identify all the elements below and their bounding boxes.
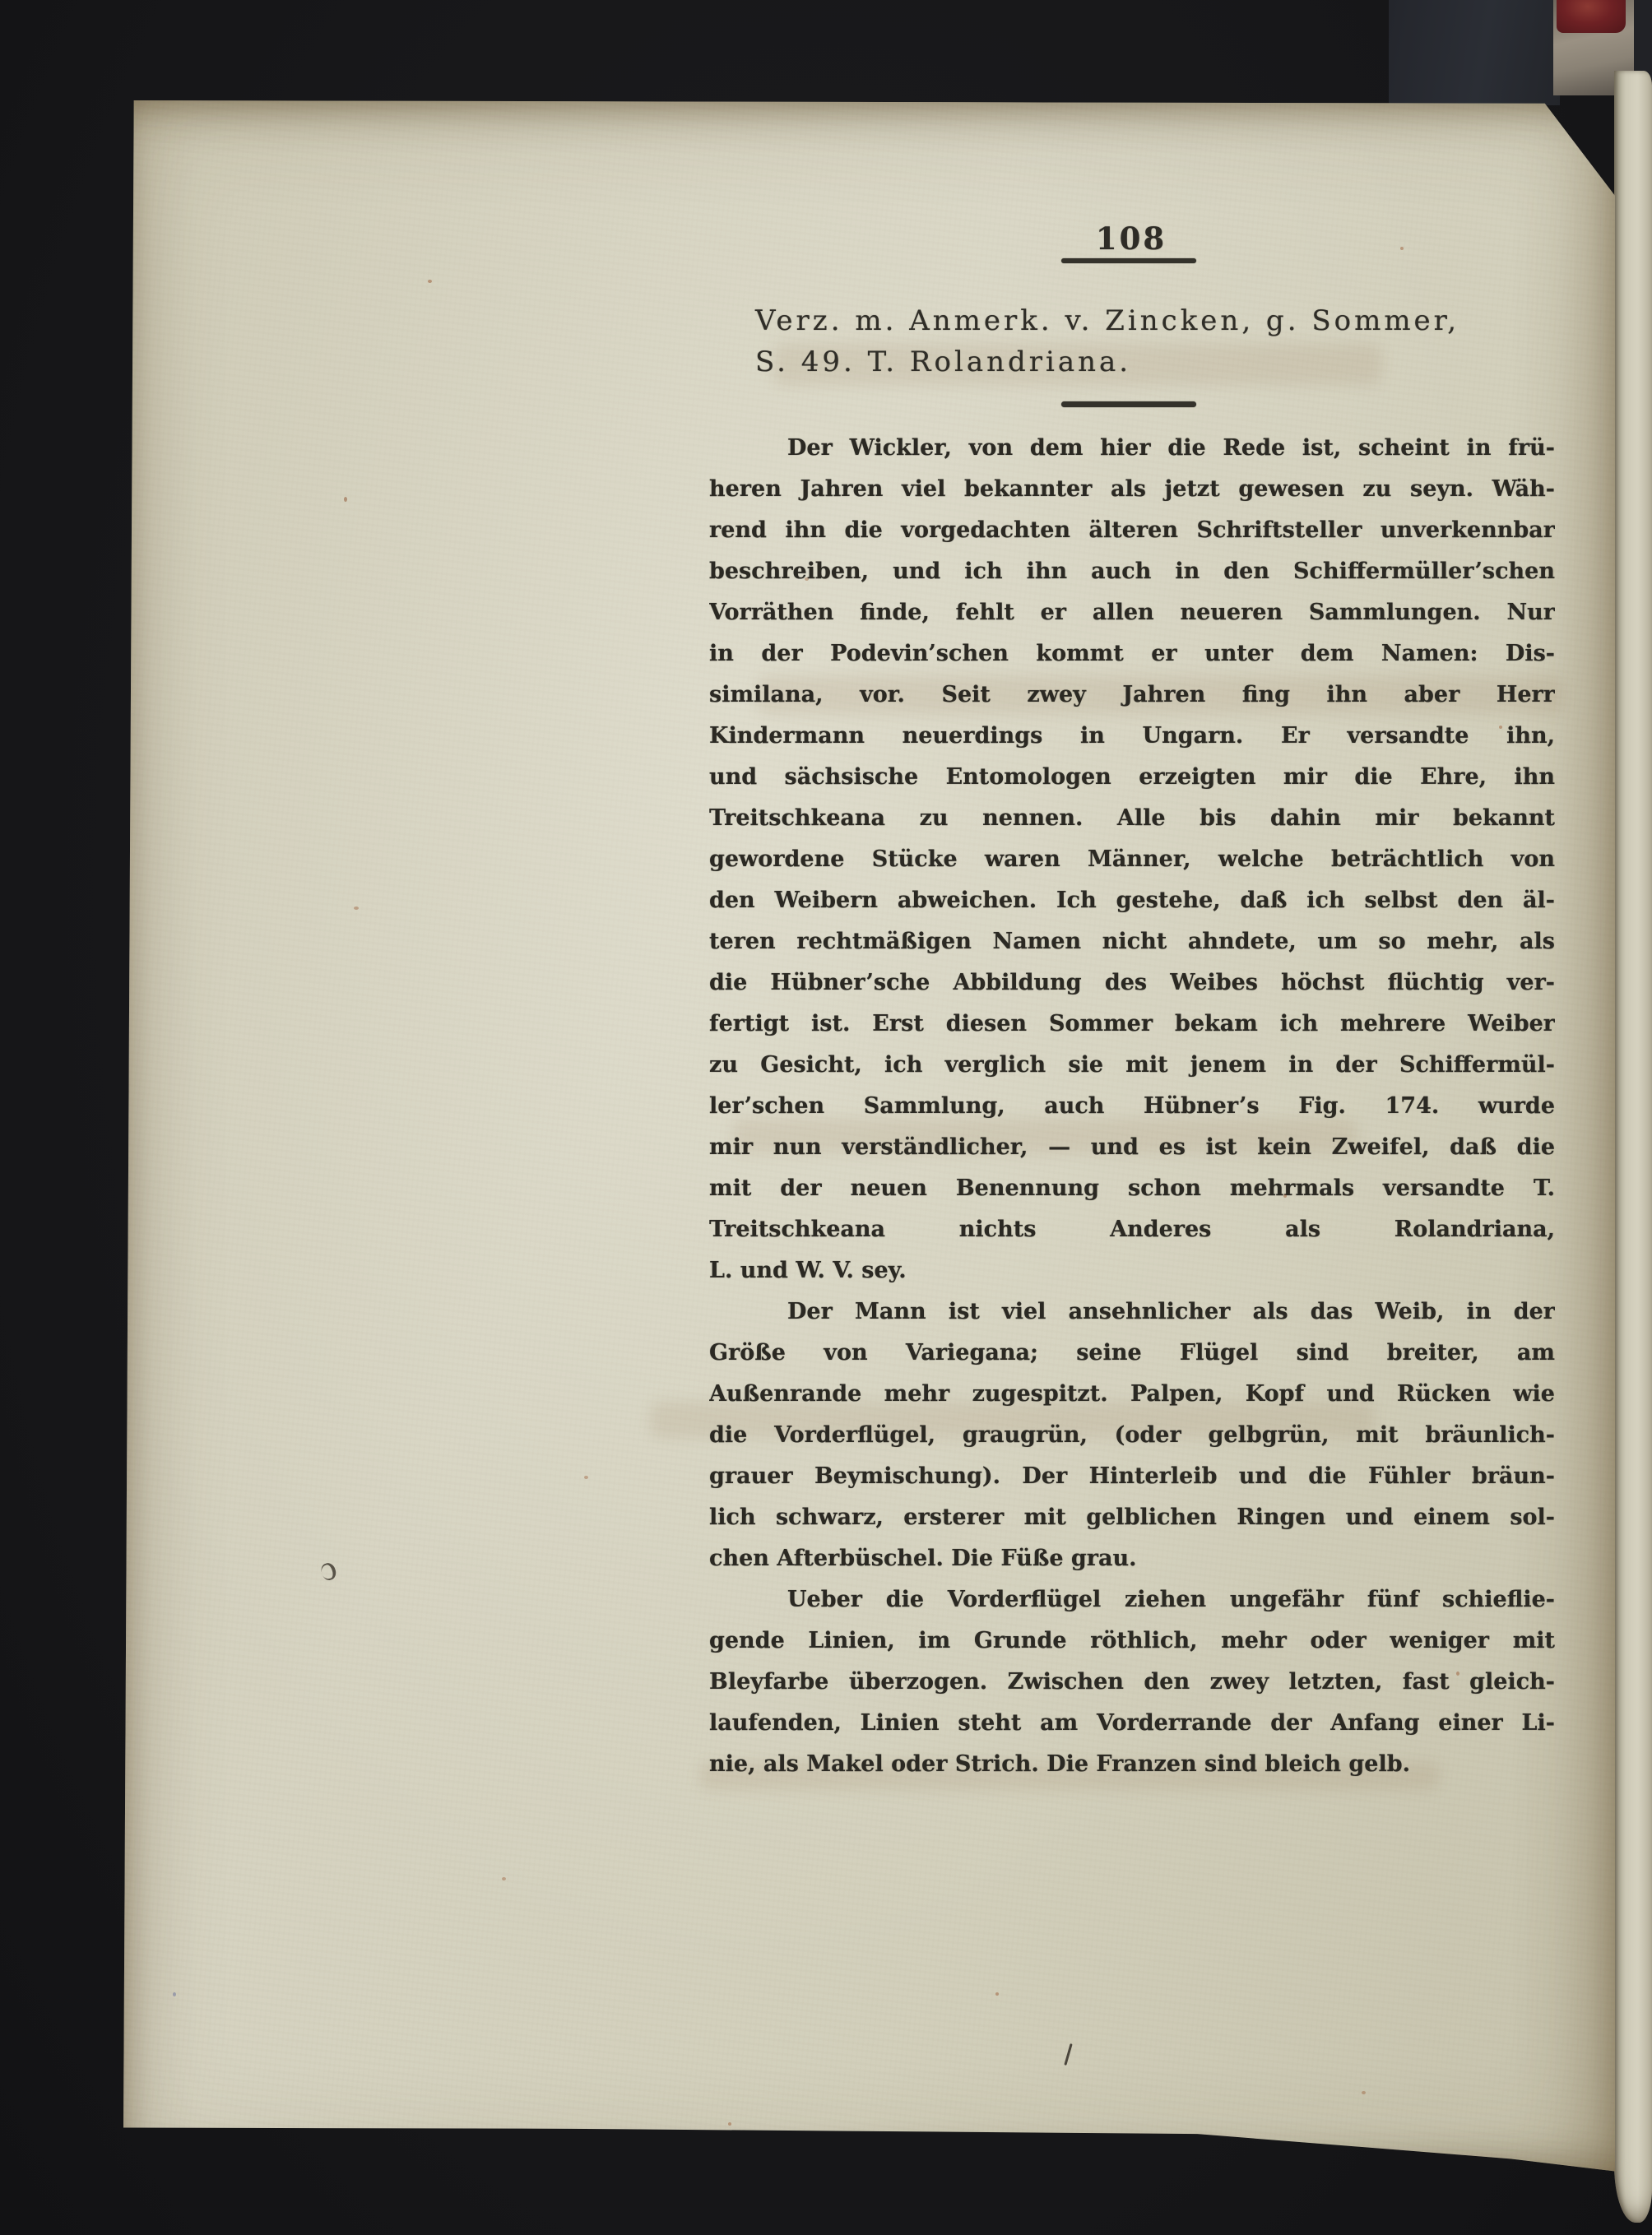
paper-speck — [173, 1992, 176, 1996]
text-line: chen Afterbüschel. Die Füße grau. — [709, 1538, 1555, 1579]
paper-speck — [428, 280, 432, 283]
text-line: fertigt ist. Erst diesen Sommer bekam ic… — [709, 1004, 1555, 1045]
text-line: Kindermann neuerdings in Ungarn. Er vers… — [709, 716, 1555, 757]
text-line: Ueber die Vorderflügel ziehen ungefähr f… — [709, 1579, 1555, 1621]
paragraph: Ueber die Vorderflügel ziehen ungefähr f… — [709, 1579, 1555, 1785]
page-number: 108 — [1049, 220, 1213, 257]
text-line: Treitschkeana nichts Anderes als Rolandr… — [709, 1209, 1555, 1250]
text-line: mir nun verständlicher, — und es ist kei… — [709, 1127, 1555, 1168]
text-line: Außenrande mehr zugespitzt. Palpen, Kopf… — [709, 1374, 1555, 1415]
reference-header-line-2: S. 49. T. Rolandriana. — [755, 341, 1652, 383]
text-line: Der Mann ist viel ansehnlicher als das W… — [709, 1291, 1555, 1333]
text-line: heren Jahren viel bekannter als jetzt ge… — [709, 469, 1555, 510]
paper-speck — [354, 907, 359, 910]
body-text: Der Wickler, von dem hier die Rede ist, … — [709, 428, 1555, 1785]
paper-speck — [344, 497, 347, 502]
text-line: lich schwarz, ersterer mit gelblichen Ri… — [709, 1497, 1555, 1538]
headband-red — [1557, 0, 1626, 33]
text-line: laufenden, Linien steht am Vorderrande d… — [709, 1703, 1555, 1744]
paper-speck — [1400, 247, 1404, 250]
paper-speck — [502, 1877, 506, 1880]
text-line: die Hübner’sche Abbildung des Weibes höc… — [709, 962, 1555, 1004]
header-rule — [1061, 401, 1196, 407]
reference-header: Verz. m. Anmerk. v. Zincken, g. Sommer, … — [755, 300, 1652, 383]
text-line: gende Linien, im Grunde röthlich, mehr o… — [709, 1621, 1555, 1662]
text-line: gewordene Stücke waren Männer, welche be… — [709, 839, 1555, 880]
paragraph: Der Wickler, von dem hier die Rede ist, … — [709, 428, 1555, 1291]
text-line: den Weibern abweichen. Ich gestehe, daß … — [709, 880, 1555, 921]
fore-edge-dark-top — [1634, 0, 1652, 79]
text-line: grauer Beymischung). Der Hinterleib und … — [709, 1456, 1555, 1497]
text-line: Vorräthen finde, fehlt er allen neueren … — [709, 592, 1555, 633]
ink-slash-mark — [1064, 2043, 1072, 2066]
text-line: beschreiben, und ich ihn auch in den Sch… — [709, 551, 1555, 592]
text-line: Größe von Variegana; seine Flügel sind b… — [709, 1333, 1555, 1374]
text-line: similana, vor. Seit zwey Jahren fing ihn… — [709, 675, 1555, 716]
adjacent-page-edge — [1614, 71, 1652, 2223]
text-line: in der Podevin’schen kommt er unter dem … — [709, 633, 1555, 675]
paper-speck — [584, 1476, 588, 1479]
text-line: L. und W. V. sey. — [709, 1250, 1555, 1291]
text-line: Der Wickler, von dem hier die Rede ist, … — [709, 428, 1555, 469]
text-line: mit der neuen Benennung schon mehrmals v… — [709, 1168, 1555, 1209]
text-line: und sächsische Entomologen erzeigten mir… — [709, 757, 1555, 798]
reference-header-line-1: Verz. m. Anmerk. v. Zincken, g. Sommer, — [755, 300, 1652, 341]
paper-speck — [995, 1992, 999, 1996]
ink-squiggle-mark — [319, 1561, 338, 1582]
binding-dark-band — [1389, 0, 1560, 105]
paper-speck — [728, 2122, 731, 2126]
text-line: nie, als Makel oder Strich. Die Franzen … — [709, 1744, 1555, 1785]
page-number-rule — [1061, 258, 1196, 263]
text-line: zu Gesicht, ich verglich sie mit jenem i… — [709, 1045, 1555, 1086]
text-line: Treitschkeana zu nennen. Alle bis dahin … — [709, 798, 1555, 839]
text-line: teren rechtmäßigen Namen nicht ahndete, … — [709, 921, 1555, 962]
scan-backdrop: { "document": { "kind_label": "scanned-b… — [0, 0, 1652, 2235]
text-line: ler’schen Sammlung, auch Hübner’s Fig. 1… — [709, 1086, 1555, 1127]
paragraph: Der Mann ist viel ansehnlicher als das W… — [709, 1291, 1555, 1579]
text-line: rend ihn die vorgedachten älteren Schrif… — [709, 510, 1555, 551]
text-line: die Vorderflügel, graugrün, (oder gelbgr… — [709, 1415, 1555, 1456]
book-page: 108 Verz. m. Anmerk. v. Zincken, g. Somm… — [123, 100, 1615, 2173]
text-line: Bleyfarbe überzogen. Zwischen den zwey l… — [709, 1662, 1555, 1703]
paper-speck — [1362, 2091, 1366, 2094]
